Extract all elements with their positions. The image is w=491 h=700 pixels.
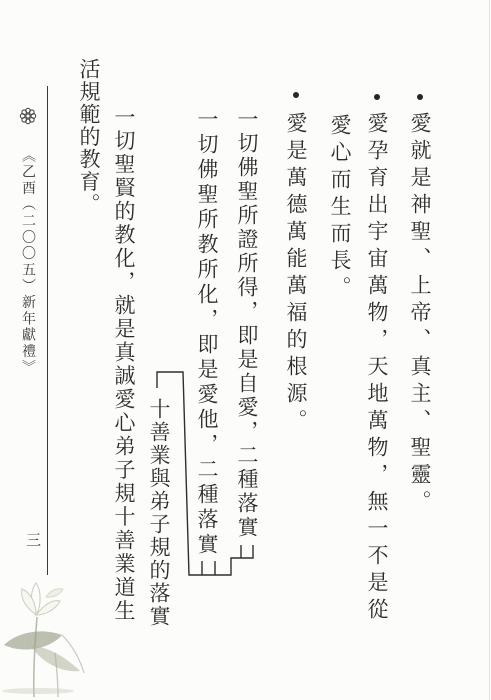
page-edge-shadow [489, 0, 490, 700]
scanned-book-page: 愛就是神聖、上帝、真主、聖靈。 愛孕育出宇宙萬物，天地萬物，無一不是從 愛心而生… [0, 0, 491, 700]
page-number: 三 [21, 532, 43, 547]
sidebar-divider-line [47, 86, 48, 575]
text-column-3: 愛心而生而長。 [329, 114, 351, 303]
text-column-4: 愛是萬德萬能萬福的根源。 [285, 112, 307, 436]
text-column-7: 一切聖賢的教化，就是真誠愛心弟子規十善業道生 [113, 106, 135, 623]
text-column-5: 一切佛聖所證所得，即是自愛，二種落實 [236, 108, 258, 540]
text-column-6: 一切佛聖所教所化，即是愛他，二種落實 [196, 108, 218, 558]
bullet-dot-icon [417, 94, 423, 100]
text-column-8: 活規範的教育。 [78, 58, 100, 216]
text-column-2: 愛孕育出宇宙萬物，天地萬物，無一不是從 [366, 112, 388, 625]
annotation-column: 十善業與弟子規的落實 [148, 398, 170, 628]
lotus-watermark-image [0, 575, 100, 700]
bullet-dot-icon [374, 94, 380, 100]
text-column-1: 愛就是神聖、上帝、真主、聖靈。 [409, 112, 431, 517]
book-title-vertical: 《乙酉（二〇〇五）新年獻禮》 [20, 148, 35, 376]
rosette-flower-icon [18, 106, 38, 126]
bullet-dot-icon [293, 92, 299, 98]
